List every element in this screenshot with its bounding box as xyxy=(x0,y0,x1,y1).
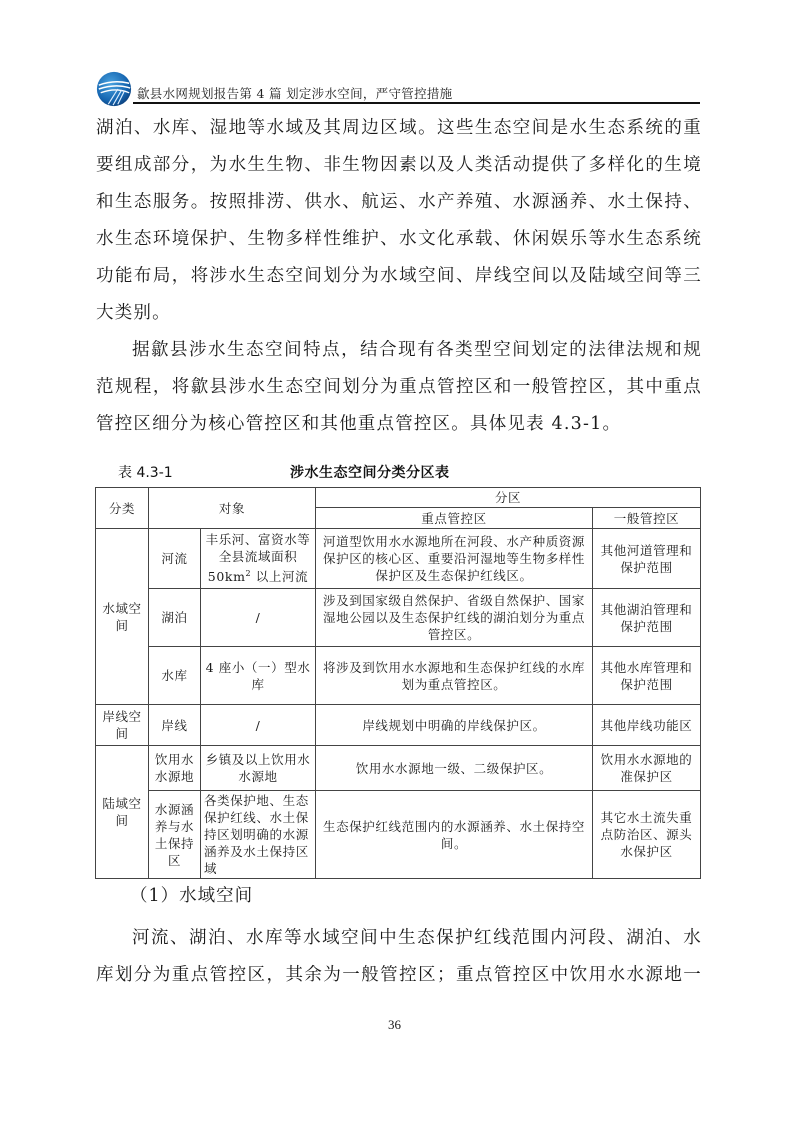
text-line: 功能布局，将涉水生态空间划分为水域空间、岸线空间以及陆域空间等三 xyxy=(96,258,702,295)
page-header: 歙县水网规划报告第 4 篇 划定涉水空间，严守管控措施 xyxy=(95,68,700,108)
paragraph-water-area: 河流、湖泊、水库等水域空间中生态保护红线范围内河段、湖泊、水 库划分为重点管控区… xyxy=(96,920,702,994)
object-cell: 4 座小（一）型水库 xyxy=(201,647,316,705)
table-row: 水源涵养与水土保持区 各类保护地、生态保护红线、水土保持区划明确的水源涵养及水土… xyxy=(96,791,701,879)
general-zone-cell: 其它水土流失重点防治区、源头水保护区 xyxy=(593,791,701,879)
text-line: 大类别。 xyxy=(96,295,702,332)
key-zone-cell: 涉及到国家级自然保护、省级自然保护、国家湿地公园以及生态保护红线的湖泊划分为重点… xyxy=(316,589,593,647)
key-zone-cell: 生态保护红线范围内的水源涵养、水土保持空间。 xyxy=(316,791,593,879)
document-page: 歙县水网规划报告第 4 篇 划定涉水空间，严守管控措施 湖泊、水库、湿地等水域及… xyxy=(0,0,794,1122)
object-cell: 各类保护地、生态保护红线、水土保持区划明确的水源涵养及水土保持区域 xyxy=(201,791,316,879)
general-zone-cell: 其他河道管理和保护范围 xyxy=(593,529,701,589)
object-text: 以上河流 xyxy=(251,570,308,585)
table-row: 湖泊 / 涉及到国家级自然保护、省级自然保护、国家湿地公园以及生态保护红线的湖泊… xyxy=(96,589,701,647)
object-cell: 乡镇及以上饮用水水源地 xyxy=(201,746,316,791)
general-zone-cell: 其他岸线功能区 xyxy=(593,705,701,746)
zoning-table: 分类 对象 分区 重点管控区 一般管控区 水域空间 河流 丰乐河、富资水等全县流… xyxy=(95,487,701,879)
type-cell: 岸线 xyxy=(149,705,201,746)
general-zone-cell: 其他水库管理和保护范围 xyxy=(593,647,701,705)
general-zone-cell: 其他湖泊管理和保护范围 xyxy=(593,589,701,647)
header-object: 对象 xyxy=(149,488,316,529)
table-row: 水域空间 河流 丰乐河、富资水等全县流域面积 50km2 以上河流 河道型饮用水… xyxy=(96,529,701,589)
paragraph-zoning-intro: 据歙县涉水生态空间特点，结合现有各类型空间划定的法律法规和规 范规程，将歙县涉水… xyxy=(96,332,702,443)
table-title: 涉水生态空间分类分区表 xyxy=(290,462,450,482)
table-row: 陆域空间 饮用水水源地 乡镇及以上饮用水水源地 饮用水水源地一级、二级保护区。 … xyxy=(96,746,701,791)
header-title: 歙县水网规划报告第 4 篇 划定涉水空间，严守管控措施 xyxy=(137,84,452,102)
page-number: 36 xyxy=(388,1017,401,1033)
key-zone-cell: 岸线规划中明确的岸线保护区。 xyxy=(316,705,593,746)
header-key-zone: 重点管控区 xyxy=(316,508,593,529)
type-cell: 饮用水水源地 xyxy=(149,746,201,791)
type-cell: 湖泊 xyxy=(149,589,201,647)
type-cell: 河流 xyxy=(149,529,201,589)
header-zoning: 分区 xyxy=(316,488,701,508)
text-line: 库划分为重点管控区，其余为一般管控区；重点管控区中饮用水水源地一 xyxy=(96,957,702,994)
text-line: 范规程，将歙县涉水生态空间划分为重点管控区和一般管控区，其中重点 xyxy=(96,369,702,406)
category-cell: 水域空间 xyxy=(96,529,149,705)
text-line: 和生态服务。按照排涝、供水、航运、水产养殖、水源涵养、水土保持、 xyxy=(96,184,702,221)
category-cell: 陆域空间 xyxy=(96,746,149,879)
text-line: 管控区细分为核心管控区和其他重点管控区。具体见表 4.3-1。 xyxy=(96,406,702,443)
section-heading: （1）水域空间 xyxy=(130,882,253,907)
text-line: 水生态环境保护、生物多样性维护、水文化承载、休闲娱乐等水生态系统 xyxy=(96,221,702,258)
general-zone-cell: 饮用水水源地的准保护区 xyxy=(593,746,701,791)
key-zone-cell: 将涉及到饮用水水源地和生态保护红线的水库划为重点管控区。 xyxy=(316,647,593,705)
paragraph-ecological-space: 湖泊、水库、湿地等水域及其周边区域。这些生态空间是水生态系统的重 要组成部分，为… xyxy=(96,110,702,332)
text-line: 要组成部分，为水生生物、非生物因素以及人类活动提供了多样化的生境 xyxy=(96,147,702,184)
object-cell: / xyxy=(201,589,316,647)
object-cell: / xyxy=(201,705,316,746)
type-cell: 水源涵养与水土保持区 xyxy=(149,791,201,879)
text-line: 河流、湖泊、水库等水域空间中生态保护红线范围内河段、湖泊、水 xyxy=(96,920,702,957)
header-general-zone: 一般管控区 xyxy=(593,508,701,529)
header-divider xyxy=(133,102,700,104)
key-zone-cell: 饮用水水源地一级、二级保护区。 xyxy=(316,746,593,791)
type-cell: 水库 xyxy=(149,647,201,705)
category-cell: 岸线空间 xyxy=(96,705,149,746)
table-number: 表 4.3-1 xyxy=(118,462,173,482)
text-line: 据歙县涉水生态空间特点，结合现有各类型空间划定的法律法规和规 xyxy=(96,332,702,369)
key-zone-cell: 河道型饮用水水源地所在河段、水产种质资源保护区的核心区、重要沿河湿地等生物多样性… xyxy=(316,529,593,589)
header-category: 分类 xyxy=(96,488,149,529)
table-row: 水库 4 座小（一）型水库 将涉及到饮用水水源地和生态保护红线的水库划为重点管控… xyxy=(96,647,701,705)
table-header-row: 分类 对象 分区 xyxy=(96,488,701,508)
table-row: 岸线空间 岸线 / 岸线规划中明确的岸线保护区。 其他岸线功能区 xyxy=(96,705,701,746)
object-cell: 丰乐河、富资水等全县流域面积 50km2 以上河流 xyxy=(201,529,316,589)
water-network-logo-icon xyxy=(95,70,133,108)
text-line: 湖泊、水库、湿地等水域及其周边区域。这些生态空间是水生态系统的重 xyxy=(96,110,702,147)
